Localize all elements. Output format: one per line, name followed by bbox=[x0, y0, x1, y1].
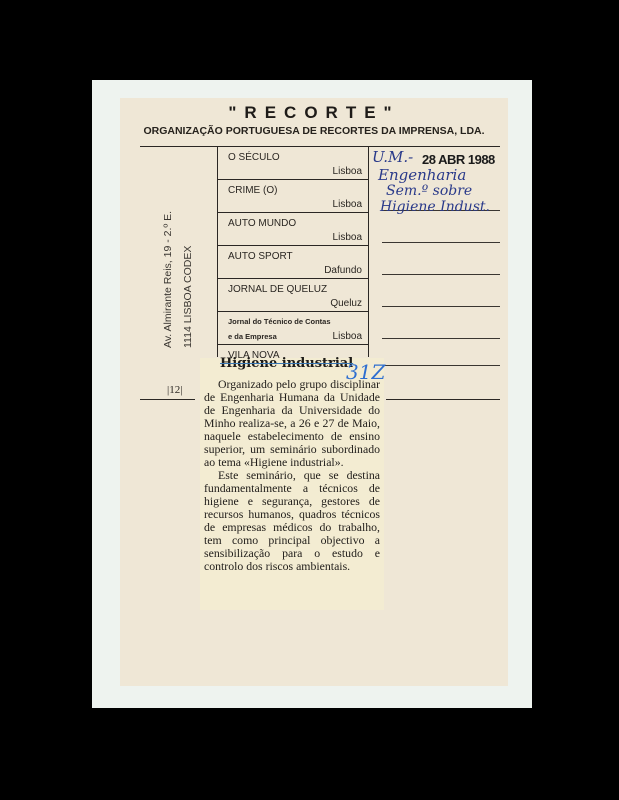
form-subtitle: ORGANIZAÇÃO PORTUGUESA DE RECORTES DA IM… bbox=[120, 125, 508, 137]
publication-city: Lisboa bbox=[333, 166, 362, 177]
page-number: |12| bbox=[167, 384, 182, 396]
bottom-rule-left bbox=[140, 399, 195, 400]
table-right-border bbox=[368, 147, 369, 357]
handwritten-note-2: Sem.º sobre bbox=[386, 183, 472, 199]
entry-line bbox=[382, 365, 500, 366]
publication-city: Lisboa bbox=[333, 199, 362, 210]
entry-line bbox=[382, 274, 500, 275]
handwritten-note-3: Higiene Indust. bbox=[380, 199, 490, 215]
address-block: Av. Almirante Reis, 19 - 2.º E. 1114 LIS… bbox=[140, 180, 210, 350]
publication-row: CRIME (O) Lisboa bbox=[218, 180, 368, 213]
publication-name-cont: e da Empresa bbox=[228, 332, 277, 341]
publication-name: O SÉCULO bbox=[228, 152, 280, 163]
publication-row: AUTO MUNDO Lisboa bbox=[218, 213, 368, 246]
publication-city: Dafundo bbox=[324, 265, 362, 276]
bottom-rule-right bbox=[386, 399, 500, 400]
publication-row: AUTO SPORT Dafundo bbox=[218, 246, 368, 279]
publication-name: AUTO SPORT bbox=[228, 251, 293, 262]
clipping-body: Organizado pelo grupo disciplinar de Eng… bbox=[204, 378, 380, 573]
publication-name: Jornal do Técnico de Contas bbox=[228, 317, 331, 326]
publication-name: CRIME (O) bbox=[228, 185, 277, 196]
entry-line bbox=[382, 306, 500, 307]
page-number-value: 12 bbox=[169, 384, 180, 396]
clipping-headline: Higiene industrial bbox=[220, 356, 353, 371]
publication-name: JORNAL DE QUELUZ bbox=[228, 284, 327, 295]
entry-line bbox=[382, 242, 500, 243]
publication-row: Jornal do Técnico de Contas e da Empresa… bbox=[218, 312, 368, 345]
publication-row: O SÉCULO Lisboa bbox=[218, 147, 368, 180]
entry-line bbox=[382, 338, 500, 339]
address-city: 1114 LISBOA CODEX bbox=[182, 246, 194, 348]
publication-row: JORNAL DE QUELUZ Queluz bbox=[218, 279, 368, 312]
clipping-paragraph: Este seminário, que se destina fundament… bbox=[204, 469, 380, 573]
publication-name: AUTO MUNDO bbox=[228, 218, 296, 229]
publication-list: O SÉCULO Lisboa CRIME (O) Lisboa AUTO MU… bbox=[218, 147, 368, 377]
publication-city: Lisboa bbox=[333, 232, 362, 243]
address-street: Av. Almirante Reis, 19 - 2.º E. bbox=[162, 211, 174, 348]
clipping-paragraph: Organizado pelo grupo disciplinar de Eng… bbox=[204, 378, 380, 469]
publication-city: Lisboa bbox=[333, 331, 362, 342]
publication-city: Queluz bbox=[330, 298, 362, 309]
handwritten-source: U.M.- bbox=[372, 148, 413, 166]
date-stamp: 28 ABR 1988 bbox=[422, 152, 495, 167]
handwritten-note-1: Engenharia bbox=[378, 166, 466, 184]
form-title: "RECORTE" bbox=[120, 103, 508, 123]
